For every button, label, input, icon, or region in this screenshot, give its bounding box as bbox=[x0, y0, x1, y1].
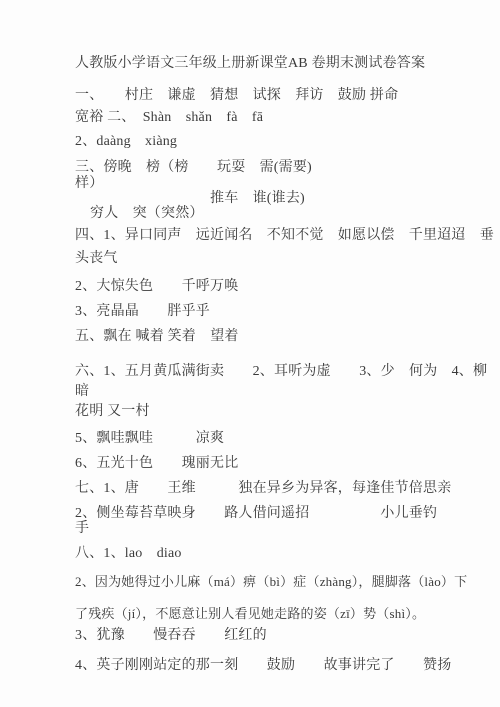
answer-line-section3: 三、傍晚 榜（榜 玩耍 需(需要) bbox=[75, 160, 500, 176]
answer-line-section3-wrap: 样） bbox=[75, 176, 500, 192]
answer-line-section4-item1: 四、1、异口同声 远近闻名 不知不觉 如愿以偿 千里迢迢 垂 bbox=[75, 226, 500, 246]
answer-line-section7-item2: 2、侧坐莓苔草映身 路人借问遥招 小儿垂钓 bbox=[75, 508, 500, 519]
document-title: 人教版小学语文三年级上册新课堂AB 卷期末测试卷答案 bbox=[75, 54, 500, 74]
answer-line-section5: 五、飘在 喊着 笑着 望着 bbox=[75, 327, 500, 347]
answer-line-section6-item5: 5、飘哇飘哇 凉爽 bbox=[75, 429, 500, 449]
answer-line-section8-item3: 3、犹豫 慢吞吞 红红的 bbox=[75, 626, 500, 646]
answer-line-section3-cart: 推车 谁(谁去) bbox=[75, 193, 500, 204]
document-page: 人教版小学语文三年级上册新课堂AB 卷期末测试卷答案 一、 村庄 谦虚 猜想 试… bbox=[0, 0, 500, 707]
answer-line-section8-item2: 2、因为她得过小儿麻（má）痹（bì）症（zhàng），腿脚落（lào）下 bbox=[75, 572, 500, 592]
answer-line-section4-item3: 3、亮晶晶 胖乎乎 bbox=[75, 302, 500, 322]
answer-line-section2-pinyin: 宽裕 二、 Shàn shǎn fà fā bbox=[75, 108, 500, 128]
answer-line-section8-item2-wrap: 了残疾（jí），不愿意让别人看见她走路的姿（zī）势（shì）。 bbox=[75, 604, 500, 624]
document-content: 人教版小学语文三年级上册新课堂AB 卷期末测试卷答案 一、 村庄 谦虚 猜想 试… bbox=[0, 0, 500, 676]
answer-line-section3-poor: 穷人 突（突然） bbox=[75, 204, 500, 224]
answer-line-section1: 一、 村庄 谦虚 猜想 试探 拜访 鼓励 拼命 bbox=[75, 86, 500, 106]
answer-line-section8-item1: 八、1、lao diao bbox=[75, 544, 500, 564]
answer-line-section6-wrap: 花明 又一村 bbox=[75, 402, 500, 422]
answer-line-section6-item6: 6、五光十色 瑰丽无比 bbox=[75, 454, 500, 474]
answer-line-section4-item1-wrap: 头丧气 bbox=[75, 249, 500, 269]
answer-line-section6-items1to4: 六、1、五月黄瓜满街卖 2、耳听为虚 3、少 何为 4、柳暗 bbox=[75, 362, 500, 402]
answer-line-section7-item1: 七、1、唐 王维 独在异乡为异客，每逢佳节倍思亲 bbox=[75, 479, 500, 499]
answer-line-section7-item2-wrap: 手 bbox=[75, 519, 500, 539]
answer-line-section2-item2: 2、daàng xiàng bbox=[75, 132, 500, 152]
answer-line-section8-item4: 4、英子刚刚站定的那一刻 鼓励 故事讲完了 赞扬 bbox=[75, 656, 500, 676]
answer-line-section4-item2: 2、大惊失色 千呼万唤 bbox=[75, 277, 500, 297]
